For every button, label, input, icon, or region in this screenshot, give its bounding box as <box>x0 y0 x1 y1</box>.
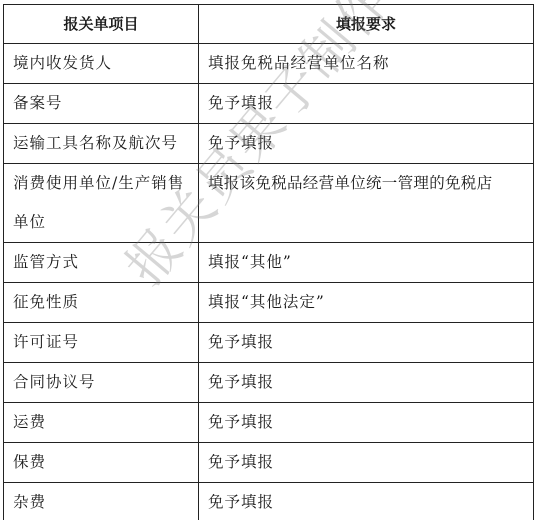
requirement-cell: 填报免税品经营单位名称 <box>199 44 534 84</box>
table-row: 杂费 免予填报 <box>4 483 534 520</box>
item-cell: 许可证号 <box>4 323 199 363</box>
item-cell: 消费使用单位/生产销售单位 <box>4 164 199 243</box>
table-header-row: 报关单项目 填报要求 <box>4 5 534 44</box>
item-cell: 杂费 <box>4 483 199 520</box>
item-cell: 境内收发货人 <box>4 44 199 84</box>
table-row: 运费 免予填报 <box>4 403 534 443</box>
item-cell: 运输工具名称及航次号 <box>4 124 199 164</box>
table-row: 许可证号 免予填报 <box>4 323 534 363</box>
item-cell: 运费 <box>4 403 199 443</box>
item-cell: 监管方式 <box>4 243 199 283</box>
table-row: 保费 免予填报 <box>4 443 534 483</box>
table-row: 征免性质 填报“其他法定” <box>4 283 534 323</box>
table-row: 境内收发货人 填报免税品经营单位名称 <box>4 44 534 84</box>
requirement-cell: 填报该免税品经营单位统一管理的免税店 <box>199 164 534 243</box>
declaration-requirements-table: 报关单项目 填报要求 境内收发货人 填报免税品经营单位名称 备案号 免予填报 运… <box>3 4 534 520</box>
requirement-cell: 免予填报 <box>199 363 534 403</box>
item-cell: 备案号 <box>4 84 199 124</box>
requirement-cell: 免予填报 <box>199 323 534 363</box>
table-row: 备案号 免予填报 <box>4 84 534 124</box>
table-row: 监管方式 填报“其他” <box>4 243 534 283</box>
requirement-cell: 免予填报 <box>199 483 534 520</box>
column-header-requirement: 填报要求 <box>199 5 534 44</box>
requirement-cell: 填报“其他法定” <box>199 283 534 323</box>
table-row: 消费使用单位/生产销售单位 填报该免税品经营单位统一管理的免税店 <box>4 164 534 243</box>
table-row: 合同协议号 免予填报 <box>4 363 534 403</box>
requirement-cell: 免予填报 <box>199 124 534 164</box>
item-cell: 保费 <box>4 443 199 483</box>
item-cell: 征免性质 <box>4 283 199 323</box>
item-cell: 合同协议号 <box>4 363 199 403</box>
requirement-cell: 免予填报 <box>199 403 534 443</box>
table-row: 运输工具名称及航次号 免予填报 <box>4 124 534 164</box>
requirement-cell: 免予填报 <box>199 443 534 483</box>
requirement-cell: 免予填报 <box>199 84 534 124</box>
column-header-item: 报关单项目 <box>4 5 199 44</box>
requirement-cell: 填报“其他” <box>199 243 534 283</box>
